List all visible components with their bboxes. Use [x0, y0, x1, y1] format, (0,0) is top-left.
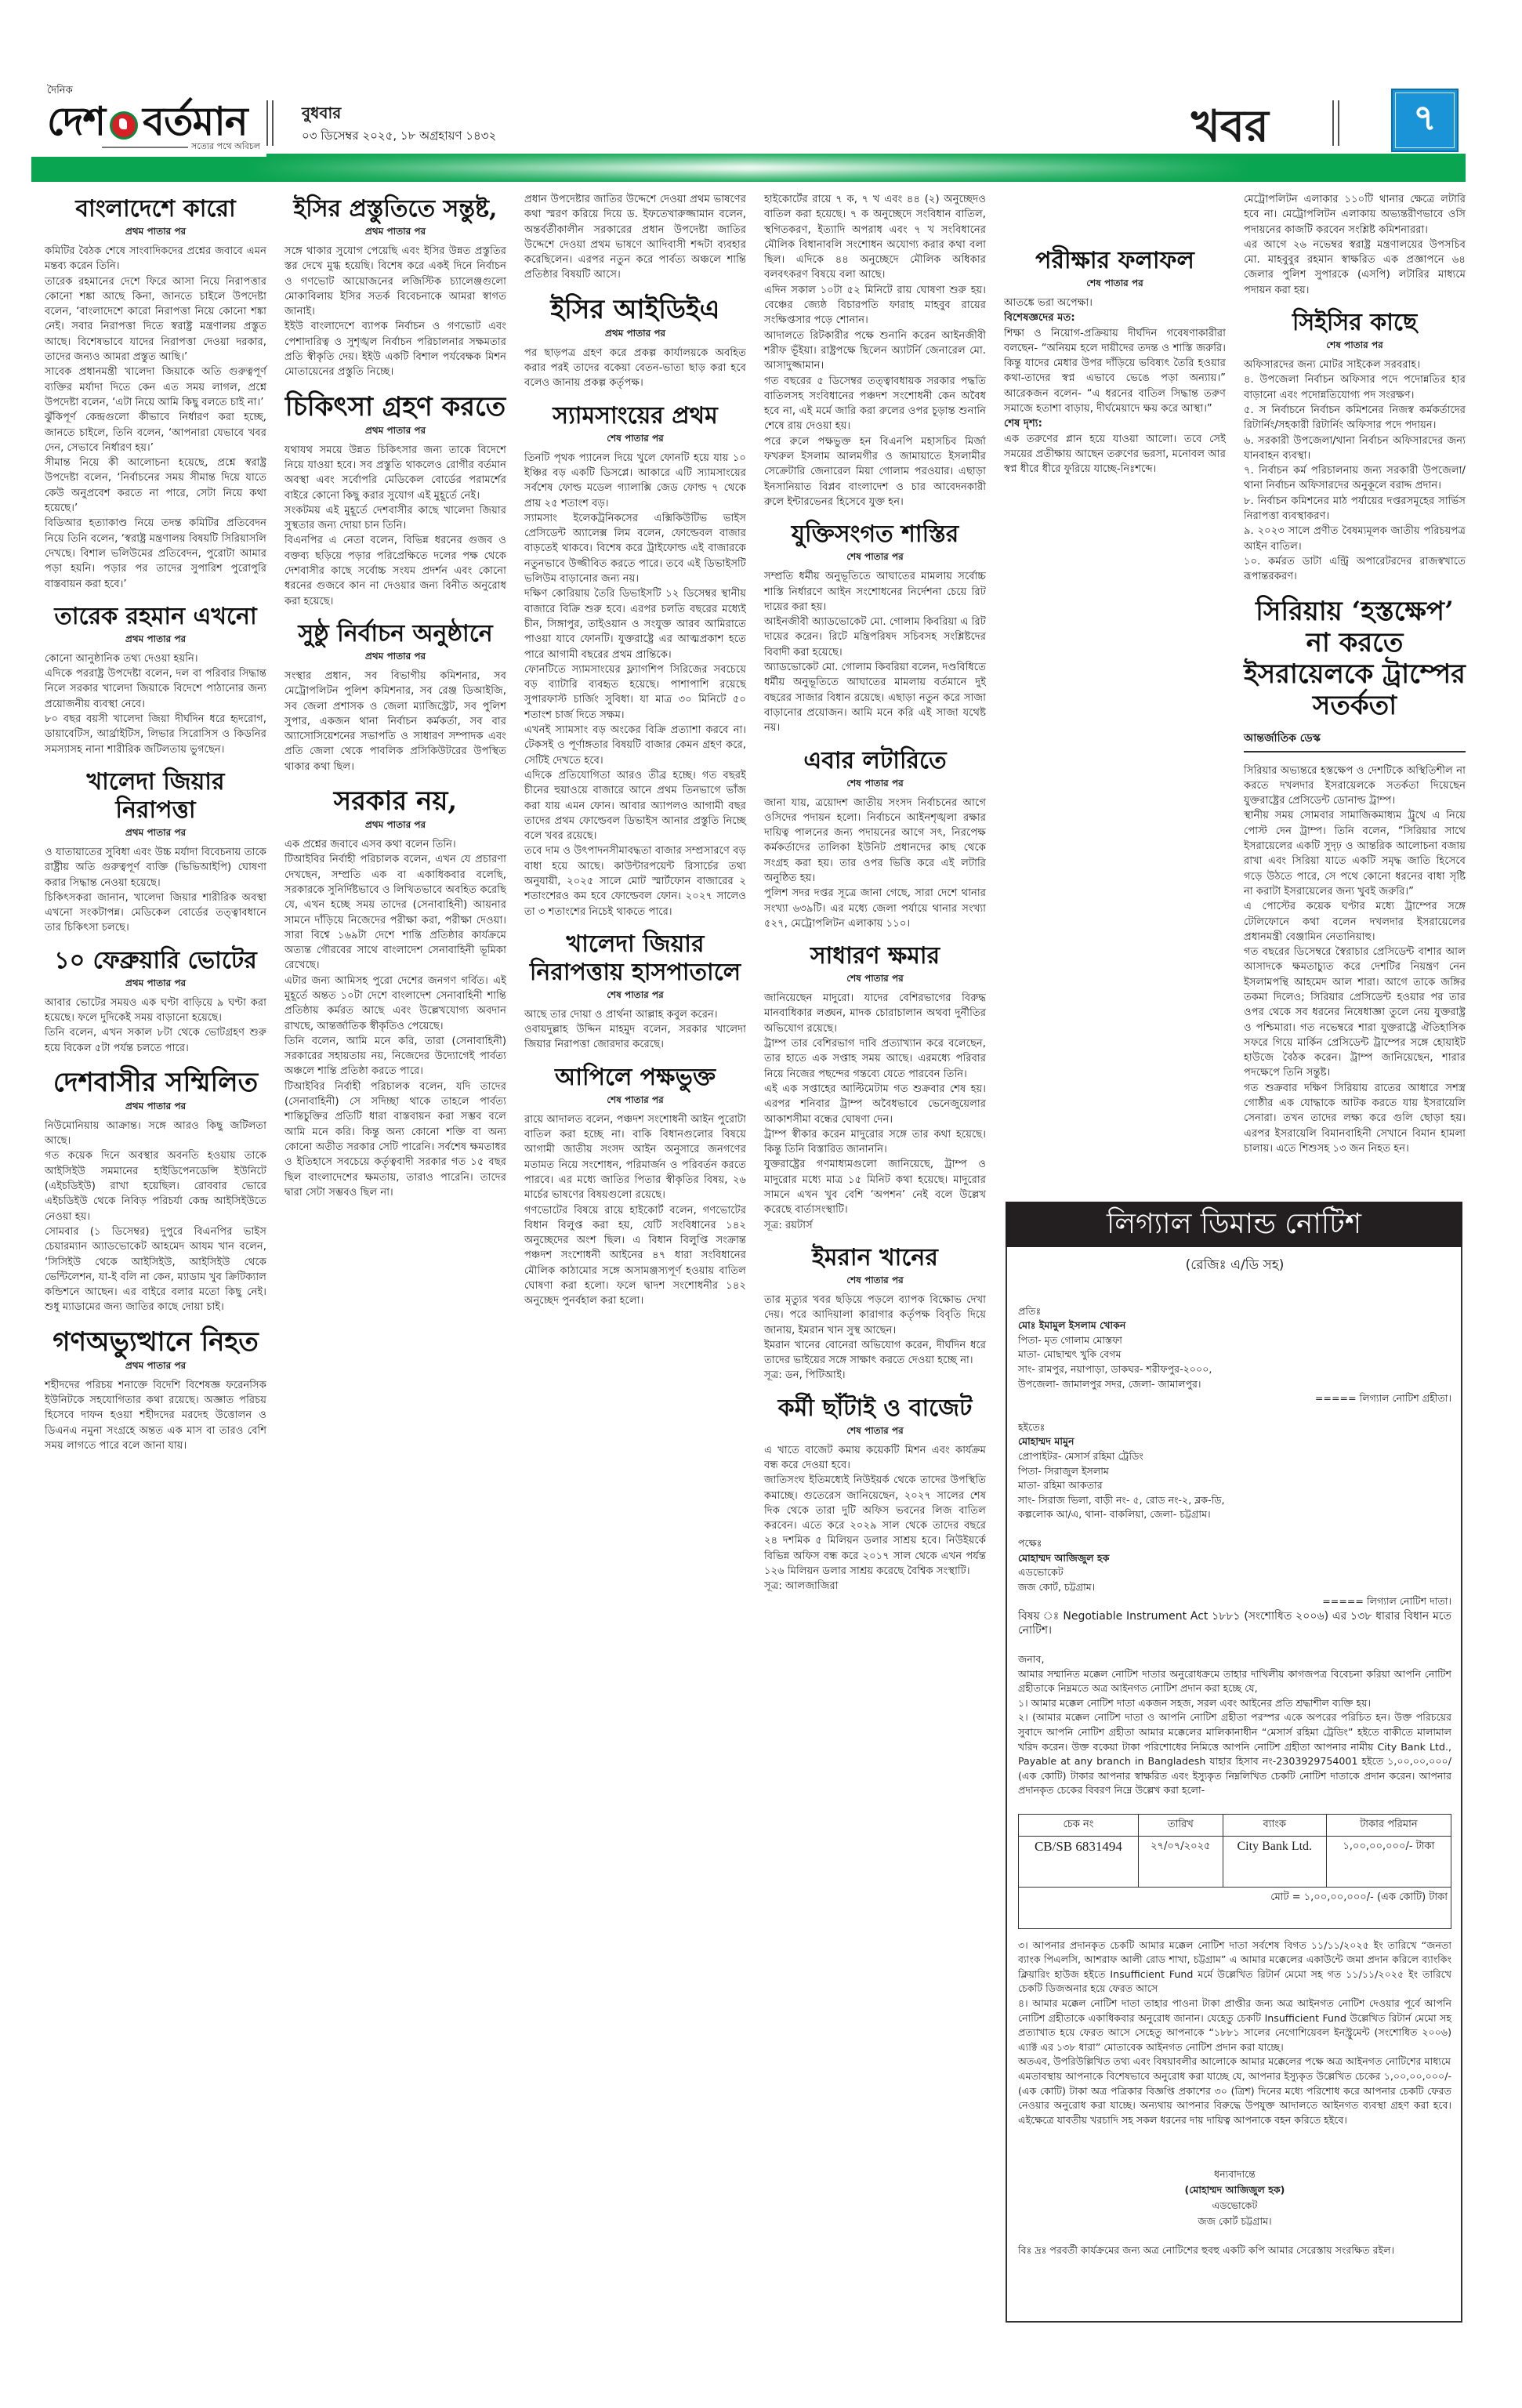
paragraph: এদিকে প্রতিযোগিতা আরও তীব্র হচ্ছে। গত বছ… [524, 768, 746, 843]
paragraph: ৬. সরকারী উপজেলা/থানা নির্বাচন অফিসারদের… [1244, 433, 1466, 464]
article-body: তার মৃত্যুর খবর ছড়িয়ে পড়লে ব্যাপক বিক… [764, 1293, 986, 1384]
signature-name: (মোহাম্মদ আজিজুল হক) [1018, 2182, 1451, 2198]
headline[interactable]: চিকিৎসা গ্রহণ করতে [284, 391, 506, 422]
article[interactable]: খালেদা জিয়ার নিরাপত্তা প্রথম পাতার পর ও… [45, 768, 266, 936]
article-body: পর ছাড়পত্র গ্রহণ করে প্রকল্প কার্যালয়ক… [524, 346, 746, 391]
article-body: আতঙ্কে ভরা অপেক্ষা। বিশেষজ্ঞদের মত: শিক্… [1004, 296, 1226, 477]
paragraph: তবে দাম ও উৎপাদনসীমাবদ্ধতা বাজার সম্প্রস… [524, 843, 746, 919]
paragraph: হাইকোর্টের রায়ে ৭ ক, ৭ খ এবং ৪৪ (২) অনু… [764, 192, 986, 283]
paragraph: ১০. কর্মরত ডাটা এন্ট্রি অপারেটরদের রাজস্… [1244, 554, 1466, 585]
paragraph: বিএনপির এ নেতা বলেন, বিভিন্ন ধরনের গুজব … [284, 533, 506, 608]
article[interactable]: স্যামসাংয়ের প্রথম শেষ পাতার পর তিনটি পৃ… [524, 402, 746, 919]
article[interactable]: এবার লটারিতে শেষ পাতার পর জানা যায়, ত্র… [764, 747, 986, 932]
paragraph: ৮. নির্বাচন কমিশনের মাঠ পর্যায়ের দপ্তরস… [1244, 494, 1466, 524]
headline[interactable]: কর্মী ছাঁটাই ও বাজেট [764, 1394, 986, 1423]
paragraph: প্রধান উপদেষ্টার জাতির উদ্দেশে দেওয়া প্… [524, 192, 746, 283]
article[interactable]: ইমরান খানের শেষ পাতার পর তার মৃত্যুর খবর… [764, 1244, 986, 1384]
desk-byline: আন্তর্জাতিক ডেস্ক [1244, 729, 1466, 752]
paragraph: সোমবার (১ ডিসেম্বর) দুপুরে বিএনপির ভাইস … [45, 1224, 266, 1315]
paragraph: পরে রুলে পক্ষভুক্ত হন বিএনপি মহাসচিব মির… [764, 434, 986, 510]
notice-subject: বিষয় ঃ Negotiable Instrument Act ১৮৮১ (… [1018, 1609, 1451, 1638]
paragraph: আতঙ্কে ভরা অপেক্ষা। [1004, 296, 1226, 310]
legal-demand-notice: লিগ্যাল ডিমান্ড নোটিশ (রেজিঃ এ/ডি সহ) প্… [1006, 1202, 1462, 2323]
recipient-name: মোঃ ইমামুল ইসলাম খোকন [1018, 1318, 1451, 1333]
logo-text-left: দেশ [47, 92, 105, 158]
notice-point: ১। আমার মক্কেল নোটিশ দাতা একজন সহজ, সরল … [1018, 1696, 1451, 1711]
closing: ধন্যবাদান্তে [1018, 2167, 1451, 2182]
paragraph: সীমান্ত নিয়ে কী আলোচনা হয়েছে, প্রশ্নে … [45, 455, 266, 516]
article[interactable]: সিইসির কাছে শেষ পাতার পর অফিসারদের জন্য … [1244, 309, 1466, 584]
paragraph: দক্ষিণ কোরিয়ায় তৈরি ডিভাইসটি ১২ ডিসেম্… [524, 586, 746, 662]
paragraph: ৮০ বছর বয়সী খালেদা জিয়া দীর্ঘদিন ধরে হ… [45, 712, 266, 757]
salutation: জনাব, [1018, 1652, 1451, 1667]
headline[interactable]: সরকার নয়, [284, 785, 506, 817]
paragraph: ৭. নির্বাচন কর্ম পরিচালনায় জন্য সরকারী … [1244, 463, 1466, 494]
paragraph: ফোনটিতে স্যামসাংয়ের ফ্ল্যাগশিপ সিরিজের … [524, 662, 746, 723]
paragraph: জানা যায়, ত্রয়োদশ জাতীয় সংসদ নির্বাচন… [764, 796, 986, 887]
recipient-line: মাতা- মোছাম্মৎ খুকি বেগম [1018, 1347, 1451, 1362]
article-body: মেট্রোপলিটন এলাকার ১১০টি থানার ক্ষেত্রে … [1244, 192, 1466, 298]
bangladesh-map-emblem-icon [110, 111, 138, 140]
article[interactable]: প্রধান উপদেষ্টার জাতির উদ্দেশে দেওয়া প্… [524, 192, 746, 283]
article[interactable]: পরীক্ষার ফলাফল শেষ পাতার পর আতঙ্কে ভরা অ… [1004, 247, 1226, 477]
article[interactable]: বাংলাদেশে কারো প্রথম পাতার পর কমিটির বৈঠ… [45, 195, 266, 592]
article[interactable]: চিকিৎসা গ্রহণ করতে প্রথম পাতার পর যথাযথ … [284, 391, 506, 609]
paragraph: ওবায়দুল্লাহ উদ্দিন মাহমুদ বলেন, সরকার খ… [524, 1022, 746, 1053]
article-body: সংস্থার প্রধান, সব বিভাগীয় কমিশনার, সব … [284, 669, 506, 774]
paragraph: তারেক রহমানের দেশে ফিরে আসা নিয়ে নিরাপত… [45, 274, 266, 365]
cheque-number: CB/SB 6831494 [1019, 1836, 1139, 1887]
article[interactable]: ইসির প্রস্তুতিতে সন্তুষ্ট, প্রথম পাতার প… [284, 195, 506, 380]
article-body: সিরিয়ার অভ্যন্তরে হস্তক্ষেপ ও দেশটিকে অ… [1244, 763, 1466, 1157]
continuation-label: প্রথম পাতার পর [45, 977, 266, 992]
headline[interactable]: ইসির আইডিইএ [524, 294, 746, 325]
headline[interactable]: খালেদা জিয়ার নিরাপত্তায় হাসপাতালে [524, 930, 746, 987]
continuation-label: শেষ পাতার পর [764, 1274, 986, 1289]
recipient-line: উপজেলা- জামালপুর সদর, জেলা- জামালপুর। [1018, 1377, 1451, 1392]
continuation-label: শেষ পাতার পর [764, 550, 986, 566]
article[interactable]: সরকার নয়, প্রথম পাতার পর এক প্রশ্নের জব… [284, 785, 506, 1200]
receiver-label: ===== লিগ্যাল নোটিশ গ্রহীতা। [1018, 1391, 1451, 1406]
sender-line: মাতা- রহিমা আকতার [1018, 1478, 1451, 1493]
continuation-label: শেষ পাতার পর [524, 432, 746, 448]
article-body: শহীদদের পরিচয় শনাক্তে বিদেশি বিশেষজ্ঞ ফ… [45, 1378, 266, 1453]
notice-conclusion: অতএব, উপরিউল্লিখিত তথ্য এবং বিষয়াবলীর আ… [1018, 2054, 1451, 2069]
article[interactable]: সাধারণ ক্ষমার শেষ পাতার পর জানিয়েছেন মা… [764, 942, 986, 1233]
paragraph: ৯. ২০২৩ সালে প্রণীত বৈষম্যমূলক জাতীয় পর… [1244, 524, 1466, 554]
paragraph: শহীদদের পরিচয় শনাক্তে বিদেশি বিশেষজ্ঞ ফ… [45, 1378, 266, 1453]
headline[interactable]: ইমরান খানের [764, 1244, 986, 1272]
paragraph: ইমরান খানের বোনেরা অভিযোগ করেন, দীর্ঘদিন… [764, 1338, 986, 1369]
paragraph: নিউমোনিয়ায় আক্রান্ত। সঙ্গে আরও কিছু জট… [45, 1119, 266, 1149]
article-body: যথাযথ সময়ে উন্নত চিকিৎসার জন্য তাকে বিদ… [284, 443, 506, 609]
headline[interactable]: সিরিয়ায় ‘হস্তক্ষেপ’ না করতে ইসরায়েলকে… [1244, 596, 1466, 721]
issue-date: ০৩ ডিসেম্বর ২০২৫, ১৮ অগ্রহায়ণ ১৪৩২ [302, 127, 496, 147]
headline[interactable]: যুক্তিসংগত শাস্তির [764, 520, 986, 549]
article[interactable]: তারেক রহমান এখনো প্রথম পাতার পর কোনো আনু… [45, 603, 266, 757]
article[interactable]: ইসির আইডিইএ প্রথম পাতার পর পর ছাড়পত্র গ… [524, 294, 746, 391]
notice-point: ২। (আমার মক্কেল নোটিশ দাতা ও আপনি নোটিশ … [1018, 1710, 1451, 1798]
issue-day: বুধবার [302, 102, 341, 128]
paragraph: গত বছরের ডিসেম্বরে স্বৈরাচার প্রেসিডেন্ট… [1244, 945, 1466, 1081]
source-credit: সূত্র: রয়টার্স [764, 1218, 986, 1233]
article-body: কোনো আনুষ্ঠানিক তথ্য দেওয়া হয়নি। এদিকে… [45, 651, 266, 757]
article[interactable]: গণঅভ্যুত্থানে নিহত প্রথম পাতার পর শহীদদে… [45, 1326, 266, 1453]
article-body: আবার ভোটের সময়ও এক ঘণ্টা বাড়িয়ে ৯ ঘণ্… [45, 995, 266, 1056]
headline[interactable]: ১০ ফেব্রুয়ারি ভোটের [45, 947, 266, 975]
notice-intro: আমার সম্মানিত মক্কেল নোটিশ দাতার অনুরোধক… [1018, 1667, 1451, 1696]
paragraph: শিক্ষা ও নিয়োগ-প্রক্রিয়ায় দীর্ঘদিন গব… [1004, 326, 1226, 417]
paragraph: সংকটময় এই মুহূর্তে দেশবাসীর কাছে খালেদা… [284, 503, 506, 534]
cheque-amount: ১,০০,০০,০০০/- টাকা [1326, 1836, 1451, 1887]
article-body: সঙ্গে থাকার সুযোগ পেয়েছি এবং ইসির উন্নত… [284, 244, 506, 380]
article-body: হাইকোর্টের রায়ে ৭ ক, ৭ খ এবং ৪৪ (২) অনু… [764, 192, 986, 510]
header-green-bar [31, 154, 1466, 182]
sender-line: কল্পলোক আ/এ, থানা- বাকলিয়া, জেলা- চট্টগ… [1018, 1507, 1451, 1522]
paragraph: টিআইবির নির্বাহী পরিচালক বলেন, এখন যে প্… [284, 852, 506, 973]
cheque-bank: City Bank Ltd. [1223, 1836, 1326, 1887]
continuation-label: প্রথম পাতার পর [284, 424, 506, 440]
paragraph: এদিন সকাল ১০টা ৫২ মিনিটে রায় ঘোষণা শুরু… [764, 283, 986, 328]
paragraph: পুলিশ সদর দপ্তর সূত্রে জানা গেছে, সারা দ… [764, 886, 986, 931]
notice-title: লিগ্যাল ডিমান্ড নোটিশ [1006, 1202, 1462, 1247]
article-body: তিনটি পৃথক প্যানেল দিয়ে খুলে ফোনটি হয়ে… [524, 451, 746, 919]
headline[interactable]: গণঅভ্যুত্থানে নিহত [45, 1326, 266, 1358]
paragraph: তিনটি পৃথক প্যানেল দিয়ে খুলে ফোনটি হয়ে… [524, 451, 746, 511]
headline[interactable]: বাংলাদেশে কারো [45, 195, 266, 223]
recipient-line: সাং- রামপুর, নয়াপাড়া, ডাকঘর- শরীফপুর-২… [1018, 1362, 1451, 1377]
paragraph: টিআইবির নির্বাহী পরিচালক বলেন, যদি তাদের… [284, 1079, 506, 1200]
paragraph: আবার ভোটের সময়ও এক ঘণ্টা বাড়িয়ে ৯ ঘণ্… [45, 995, 266, 1026]
paragraph: এর আগে ২৬ নভেম্বর স্বরাষ্ট্র মন্ত্রণালয়… [1244, 238, 1466, 298]
recipient-line: পিতা- মৃত গোলাম মোস্তফা [1018, 1333, 1451, 1348]
continuation-label: প্রথম পাতার পর [45, 225, 266, 241]
notice-footnote: বিঃ দ্রঃ পরবর্তী কার্যক্রমের জন্য অত্র ন… [1018, 2243, 1451, 2258]
article-body: আছে তার দোয়া ও প্রার্থনা আল্লাহ কবুল কর… [524, 1007, 746, 1053]
column-header: তারিখ [1138, 1815, 1223, 1837]
column-header: টাকার পরিমান [1326, 1815, 1451, 1837]
paragraph: গত বছরের ৫ ডিসেম্বর তত্ত্বাবধায়ক সরকার … [764, 374, 986, 434]
headline[interactable]: পরীক্ষার ফলাফল [1004, 247, 1226, 275]
paragraph: সংস্থার প্রধান, সব বিভাগীয় কমিশনার, সব … [284, 669, 506, 774]
notice-point: ৪। আমার মক্কেল নোটিশ দাতা তাহার পাওনা টা… [1018, 1996, 1451, 2054]
column-4: হাইকোর্টের রায়ে ৭ ক, ৭ খ এবং ৪৪ (২) অনু… [764, 192, 986, 1605]
article[interactable]: কর্মী ছাঁটাই ও বাজেট শেষ পাতার পর এ খাতে… [764, 1394, 986, 1594]
sender-line: সাং- সিরাজ ভিলা, বাড়ী নং- ৫, রোড নং-২, … [1018, 1493, 1451, 1508]
headline[interactable]: তারেক রহমান এখনো [45, 603, 266, 631]
paragraph: চিকিৎসকরা জানান, খালেদা জিয়ার শারীরিক অ… [45, 890, 266, 936]
tagline-rule [102, 147, 188, 148]
headline[interactable]: স্যামসাংয়ের প্রথম [524, 402, 746, 430]
paragraph: মেট্রোপলিটন এলাকার ১১০টি থানার ক্ষেত্রে … [1244, 192, 1466, 238]
page-number-badge: ৭ [1391, 89, 1459, 152]
paragraph: কোনো আনুষ্ঠানিক তথ্য দেওয়া হয়নি। [45, 651, 266, 666]
paragraph: কমিটির বৈঠক শেষে সাংবাদিকদের প্রশ্নের জব… [45, 244, 266, 274]
article-body: কমিটির বৈঠক শেষে সাংবাদিকদের প্রশ্নের জব… [45, 244, 266, 592]
paragraph: ট্রাম্প স্বীকার করেন মাদুরোর সঙ্গে তার ক… [764, 1127, 986, 1158]
header-divider [266, 100, 274, 146]
notice-demand: এমতাবস্থায় আপনাকে বিশেষভাবে অনুরোধ করা … [1018, 2069, 1451, 2127]
advocate-line: এডভোকেট [1018, 1565, 1451, 1580]
paragraph: স্থানীয় সময় সোমবার সামাজিকমাধ্যম ট্রুথ… [1244, 808, 1466, 899]
column-header: চেক নং [1019, 1815, 1139, 1837]
paragraph: ঝুঁকিপূর্ণ কেন্দ্রগুলো কীভাবে নির্ধারণ ক… [45, 410, 266, 455]
to-label: প্রতিঃ [1018, 1304, 1451, 1319]
paragraph: আইনজীবী অ্যাডভোকেট মো. গোলাম কিবরিয়া এ … [764, 615, 986, 660]
paragraph: এখনই স্যামসাং বড় অংকের বিক্রি প্রত্যাশা… [524, 723, 746, 768]
paragraph: ইইউ বাংলাদেশে ব্যাপক নির্বাচন ও গণভোট এব… [284, 319, 506, 379]
paragraph: ও যাতায়াতের সুবিধা এবং উচ্চ মর্যাদা বিব… [45, 845, 266, 890]
headline[interactable]: সাধারণ ক্ষমার [764, 942, 986, 970]
article[interactable]: মেট্রোপলিটন এলাকার ১১০টি থানার ক্ষেত্রে … [1244, 192, 1466, 298]
article[interactable]: সুষ্ঠু নির্বাচন অনুষ্ঠানে প্রথম পাতার পর… [284, 620, 506, 774]
paragraph: স্যামসাং ইলেকট্রনিকসের এক্সিকিউটিভ ভাইস … [524, 511, 746, 586]
signature-line: এডভোকেট [1018, 2198, 1451, 2214]
paragraph: এক প্রশ্নের জবাবে এসব কথা বলেন তিনি। [284, 837, 506, 852]
signature-block: ধন্যবাদান্তে (মোহাম্মদ আজিজুল হক) এডভোকে… [1018, 2167, 1451, 2229]
paragraph: সঙ্গে থাকার সুযোগ পেয়েছি এবং ইসির উন্নত… [284, 244, 506, 319]
paragraph: আদালতে রিটকারীর পক্ষে শুনানি করেন আইনজীব… [764, 328, 986, 374]
behalf-label: পক্ষেঃ [1018, 1536, 1451, 1551]
paragraph: সাবেক প্রধানমন্ত্রী খালেদা জিয়াকে অতি গ… [45, 364, 266, 410]
sender-line: পিতা- সিরাজুল ইসলাম [1018, 1464, 1451, 1479]
continuation-label: প্রথম পাতার পর [284, 650, 506, 665]
headline[interactable]: এবার লটারিতে [764, 747, 986, 775]
continuation-label: শেষ পাতার পর [1244, 339, 1466, 354]
signature-line: জজ কোর্ট চট্টগ্রাম। [1018, 2214, 1451, 2229]
cheque-table: চেক নং তারিখ ব্যাংক টাকার পরিমান CB/SB 6… [1018, 1814, 1451, 1929]
article[interactable]: সিরিয়ায় ‘হস্তক্ষেপ’ না করতে ইসরায়েলকে… [1244, 596, 1466, 1157]
continuation-label: শেষ পাতার পর [764, 777, 986, 792]
continuation-label: প্রথম পাতার পর [524, 327, 746, 343]
continuation-label: প্রথম পাতার পর [45, 1100, 266, 1115]
continuation-label: শেষ পাতার পর [764, 972, 986, 988]
paragraph: এক তরুণের প্লান হয়ে যাওয়া আলো। তবে সেই… [1004, 432, 1226, 477]
table-row: CB/SB 6831494 ২৭/০৭/২০২৫ City Bank Ltd. … [1019, 1836, 1451, 1887]
paragraph: সম্প্রতি ধর্মীয় অনুভূতিতে আঘাতের মামলায… [764, 569, 986, 615]
paragraph: রায়ে আদালত বলেন, পঞ্চদশ সংশোধনী আইন পুর… [524, 1112, 746, 1203]
article[interactable]: আপিলে পক্ষভুক্ত শেষ পাতার পর রায়ে আদালত… [524, 1064, 746, 1309]
paragraph: এটার জন্য আমিসহ পুরো দেশের জনগণ গর্বিত। … [284, 974, 506, 1034]
cheque-total: মোট = ১,০০,০০,০০০/- (এক কোটি) টাকা [1019, 1887, 1451, 1928]
continuation-label: শেষ পাতার পর [524, 988, 746, 1004]
notice-body: (রেজিঃ এ/ডি সহ) প্রতিঃ মোঃ ইমামুল ইসলাম … [1007, 1247, 1461, 2266]
header-divider [1332, 100, 1339, 146]
column-6: মেট্রোপলিটন এলাকার ১১০টি থানার ক্ষেত্রে … [1244, 192, 1466, 1167]
source-credit: সূত্র: আলজাজিরা [764, 1579, 986, 1594]
paragraph: জানিয়েছেন মাদুরো। যাদের বেশিরভাগের বিরু… [764, 991, 986, 1036]
notice-point: ৩। আপনার প্রদানকৃত চেকটি আমার মক্কেল নোট… [1018, 1938, 1451, 1996]
paragraph: গণভোটের বিষয়ে রায়ে হাইকোর্ট বলেন, গণভো… [524, 1203, 746, 1309]
advocate-line: জজ কোর্ট, চট্টগ্রাম। [1018, 1580, 1451, 1595]
paragraph: এদিকে পররাষ্ট্র উপদেষ্টা বলেন, দল বা পরি… [45, 666, 266, 712]
article-body: এ খাতে বাজেট কমায় কয়েকটি মিশন এবং কার্… [764, 1443, 986, 1594]
column-1: বাংলাদেশে কারো প্রথম পাতার পর কমিটির বৈঠ… [45, 192, 266, 1464]
paragraph: ৪. উপজেলা নির্বাচন অফিসার পদে পদোন্নতির … [1244, 372, 1466, 403]
paragraph: আছে তার দোয়া ও প্রার্থনা আল্লাহ কবুল কর… [524, 1007, 746, 1022]
continuation-label: প্রথম পাতার পর [45, 1359, 266, 1375]
continuation-label: প্রথম পাতার পর [45, 826, 266, 842]
continuation-label: প্রথম পাতার পর [284, 818, 506, 834]
from-label: হইতেঃ [1018, 1420, 1451, 1435]
article-body: অফিসারদের জন্য মোটর সাইকেল সরবরাহ। ৪. উপ… [1244, 357, 1466, 584]
cheque-date: ২৭/০৭/২০২৫ [1138, 1836, 1223, 1887]
source-credit: সূত্র: ডন, পিটিআই। [764, 1368, 986, 1383]
headline[interactable]: আপিলে পক্ষভুক্ত [524, 1064, 746, 1092]
article-body: জানিয়েছেন মাদুরো। যাদের বেশিরভাগের বিরু… [764, 991, 986, 1233]
paragraph: তিনি বলেন, এখন সকাল ৮টা থেকে ভোটগ্রহণ শু… [45, 1025, 266, 1056]
headline[interactable]: ইসির প্রস্তুতিতে সন্তুষ্ট, [284, 195, 506, 223]
headline[interactable]: দেশবাসীর সম্মিলিত [45, 1067, 266, 1098]
paragraph: যুক্তরাষ্ট্রের গণমাধ্যমগুলো জানিয়েছে, ট… [764, 1157, 986, 1217]
logo-notch [31, 149, 266, 157]
article-body: জানা যায়, ত্রয়োদশ জাতীয় সংসদ নির্বাচন… [764, 796, 986, 932]
subheading: বিশেষজ্ঞদের মত: [1004, 310, 1226, 325]
paragraph: যথাযথ সময়ে উন্নত চিকিৎসার জন্য তাকে বিদ… [284, 443, 506, 503]
sender-line: প্রোপাইটর- মেসার্স রহিমা ট্রেডিং [1018, 1449, 1451, 1464]
paragraph: বিডিআর হত্যাকাণ্ড নিয়ে তদন্ত কমিটির প্র… [45, 516, 266, 591]
article-body: ও যাতায়াতের সুবিধা এবং উচ্চ মর্যাদা বিব… [45, 845, 266, 936]
registered-label: (রেজিঃ এ/ডি সহ) [1018, 1258, 1451, 1273]
paragraph: গত কয়েক দিনে অবস্থার অবনতি হওয়ায় তাকে… [45, 1148, 266, 1224]
continuation-label: প্রথম পাতার পর [284, 225, 506, 241]
subheading: শেষ দৃশ্য: [1004, 416, 1226, 431]
paragraph: ট্রাম্প তার বেশিরভাগ দাবি প্রত্যাখ্যান ক… [764, 1036, 986, 1082]
paragraph: এই এক সপ্তাহের আল্টিমেটাম গত শুক্রবার শে… [764, 1082, 986, 1127]
article[interactable]: ১০ ফেব্রুয়ারি ভোটের প্রথম পাতার পর আবার… [45, 947, 266, 1056]
headline[interactable]: সুষ্ঠু নির্বাচন অনুষ্ঠানে [284, 620, 506, 648]
continuation-label: প্রথম পাতার পর [45, 633, 266, 648]
paragraph: সিরিয়ার অভ্যন্তরে হস্তক্ষেপ ও দেশটিকে অ… [1244, 763, 1466, 809]
paragraph: গত শুক্রবার দক্ষিণ সিরিয়ায় রাতের আধারে… [1244, 1081, 1466, 1156]
column-header: ব্যাংক [1223, 1815, 1326, 1837]
sender-name: মোহাম্মদ মামুন [1018, 1434, 1451, 1449]
paragraph: এ খাতে বাজেট কমায় কয়েকটি মিশন এবং কার্… [764, 1443, 986, 1474]
article-body: রায়ে আদালত বলেন, পঞ্চদশ সংশোধনী আইন পুর… [524, 1112, 746, 1309]
article[interactable]: যুক্তিসংগত শাস্তির শেষ পাতার পর সম্প্রতি… [764, 520, 986, 735]
giver-label: ===== লিগ্যাল নোটিশ দাতা। [1018, 1594, 1451, 1609]
article[interactable]: হাইকোর্টের রায়ে ৭ ক, ৭ খ এবং ৪৪ (২) অনু… [764, 192, 986, 510]
paragraph: তিনি বলেন, আমি মনে করি, তারা (সেনাবাহিনী… [284, 1034, 506, 1079]
column-2: ইসির প্রস্তুতিতে সন্তুষ্ট, প্রথম পাতার প… [284, 192, 506, 1211]
column-3: প্রধান উপদেষ্টার জাতির উদ্দেশে দেওয়া প্… [524, 192, 746, 1320]
advocate-name: মোহাম্মদ আজিজুল হক [1018, 1551, 1451, 1566]
paragraph: জাতিসংঘ ইতিমধ্যেই নিউইয়র্ক থেকে তাদের উ… [764, 1473, 986, 1579]
column-5: পরীক্ষার ফলাফল শেষ পাতার পর আতঙ্কে ভরা অ… [1004, 192, 1226, 1195]
paragraph: তার মৃত্যুর খবর ছড়িয়ে পড়লে ব্যাপক বিক… [764, 1293, 986, 1338]
paragraph: এ পোস্টের কয়েক ঘণ্টার মধ্যে ট্রাম্পের স… [1244, 899, 1466, 945]
article[interactable]: খালেদা জিয়ার নিরাপত্তায় হাসপাতালে শেষ … [524, 930, 746, 1053]
paragraph: পর ছাড়পত্র গ্রহণ করে প্রকল্প কার্যালয়ক… [524, 346, 746, 391]
article[interactable]: দেশবাসীর সম্মিলিত প্রথম পাতার পর নিউমোনি… [45, 1067, 266, 1315]
continuation-label: শেষ পাতার পর [524, 1093, 746, 1109]
headline[interactable]: খালেদা জিয়ার নিরাপত্তা [45, 768, 266, 825]
paragraph: অ্যাডভোকেট মো. গোলাম কিবরিয়া বলেন, দণ্ড… [764, 660, 986, 735]
article-body: নিউমোনিয়ায় আক্রান্ত। সঙ্গে আরও কিছু জট… [45, 1119, 266, 1315]
continuation-label: শেষ পাতার পর [1004, 277, 1226, 292]
article-body: প্রধান উপদেষ্টার জাতির উদ্দেশে দেওয়া প্… [524, 192, 746, 283]
article-body: এক প্রশ্নের জবাবে এসব কথা বলেন তিনি। টিআ… [284, 837, 506, 1200]
paragraph: ৫. স নির্বাচনে নির্বাচন কমিশনের নিজস্ব ক… [1244, 403, 1466, 433]
headline[interactable]: সিইসির কাছে [1244, 309, 1466, 337]
article-body: সম্প্রতি ধর্মীয় অনুভূতিতে আঘাতের মামলায… [764, 569, 986, 735]
paragraph: অফিসারদের জন্য মোটর সাইকেল সরবরাহ। [1244, 357, 1466, 372]
continuation-label: শেষ পাতার পর [764, 1424, 986, 1440]
